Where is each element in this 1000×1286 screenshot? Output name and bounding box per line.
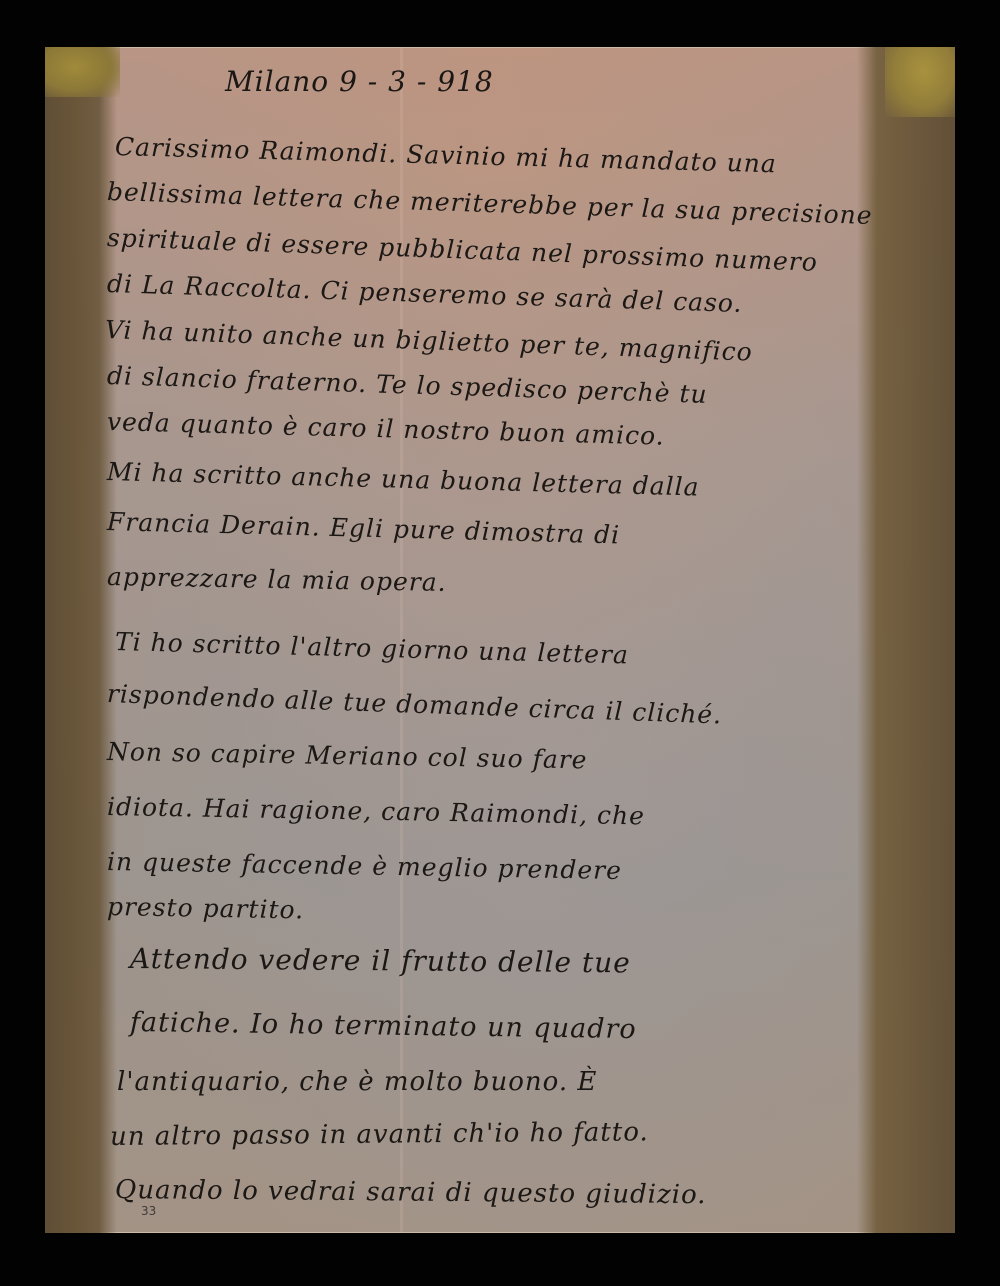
letter-line: veda quanto è caro il nostro buon amico. [107,407,665,451]
letter-page: Milano 9 - 3 - 918 Carissimo Raimondi. S… [45,47,955,1233]
letter-line: di slancio fraterno. Te lo spedisco perc… [107,361,709,409]
letter-line: Francia Derain. Egli pure dimostra di [107,507,621,549]
letter-line: bellissima lettera che meriterebbe per l… [107,177,873,230]
place-date: Milano 9 - 3 - 918 [225,65,494,98]
stain-corner-top-right [885,47,955,117]
stain-corner-top-left [45,47,120,97]
letter-line: Quando lo vedrai sarai di questo giudizi… [115,1175,707,1210]
letter-line: fatiche. Io ho terminato un quadro [130,1007,637,1045]
letter-line: Ti ho scritto l'altro giorno una lettera [115,627,630,669]
letter-line: Attendo vedere il frutto delle tue [130,942,631,979]
letter-line: un altro passo in avanti ch'io ho fatto. [110,1117,649,1152]
letter-line: spirituale di essere pubblicata nel pros… [106,223,818,277]
letter-line: presto partito. [107,892,305,924]
page-number: 33 [141,1204,156,1218]
letter-line: apprezzare la mia opera. [107,562,447,597]
letter-line: Vi ha unito anche un biglietto per te, m… [104,315,753,367]
letter-line: rispondendo alle tue domande circa il cl… [106,679,722,729]
letter-line: Non so capire Meriano col suo fare [107,737,588,774]
letter-line: Mi ha scritto anche una buona lettera da… [107,457,700,502]
water-stain-left [45,47,117,1233]
letter-line: in queste faccende è meglio prendere [107,847,622,885]
letter-line: l'antiquario, che è molto buono. È [117,1067,597,1097]
letter-line: Carissimo Raimondi. Savinio mi ha mandat… [115,132,778,178]
letter-line: idiota. Hai ragione, caro Raimondi, che [107,792,645,830]
letter-line: di La Raccolta. Ci penseremo se sarà del… [107,269,743,318]
